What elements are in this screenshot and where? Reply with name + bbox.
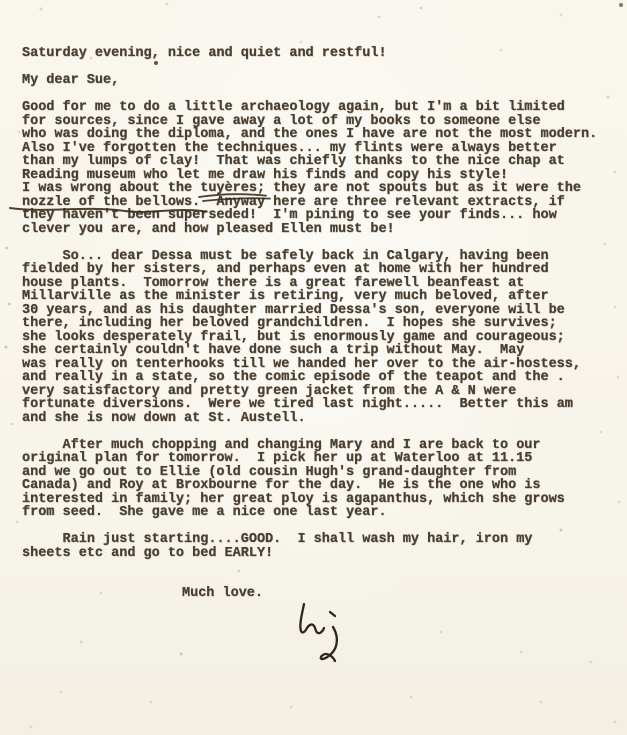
letter-page: Saturday evening, nice and quiet and res… xyxy=(0,0,627,735)
paragraph-dessa: So... dear Dessa must be safely back in … xyxy=(22,250,608,426)
dateline: Saturday evening, nice and quiet and res… xyxy=(22,47,608,61)
signature-stroke-z xyxy=(321,627,337,661)
signature-stroke-i-dot xyxy=(330,612,335,616)
closing-line: Much love. xyxy=(182,587,608,601)
salutation: My dear Sue, xyxy=(22,74,608,88)
paragraph-tomorrow-plan: After much chopping and changing Mary an… xyxy=(22,439,608,520)
signature-stroke-l xyxy=(300,604,324,633)
paragraph-archaeology: Good for me to do a little archaeology a… xyxy=(22,101,608,236)
paper-speckles xyxy=(0,0,2,2)
paragraph-rain: Rain just starting....GOOD. I shall wash… xyxy=(22,533,608,560)
typed-letter-body: Saturday evening, nice and quiet and res… xyxy=(22,47,608,601)
signature-scrawl xyxy=(293,599,345,667)
